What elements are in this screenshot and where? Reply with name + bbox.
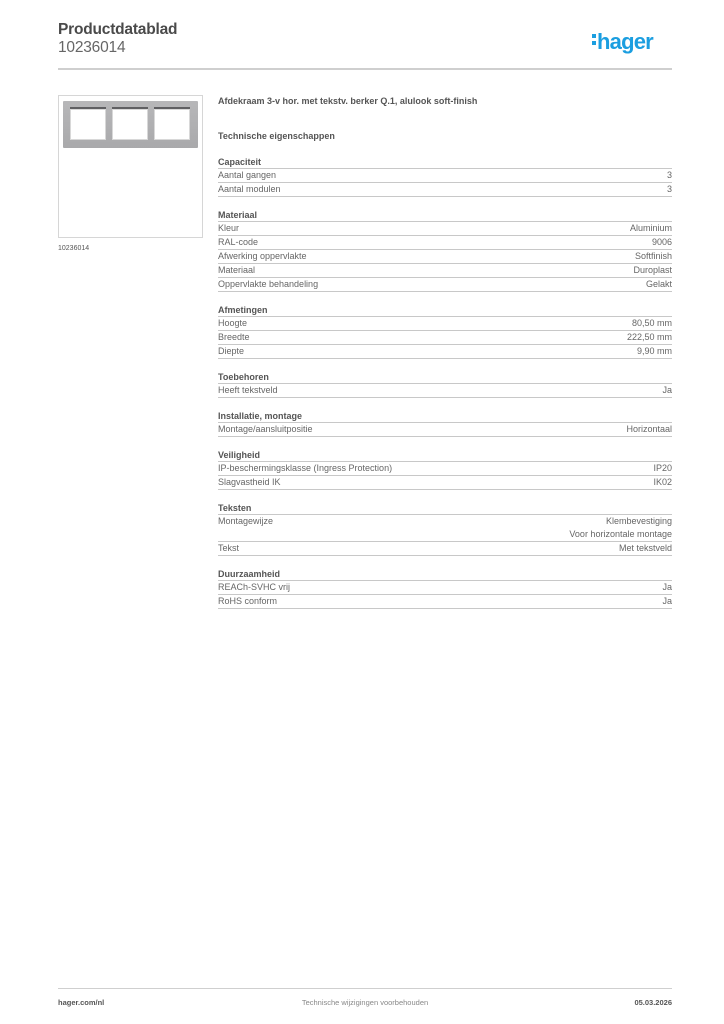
header-divider — [58, 68, 672, 70]
property-value: 80,50 mm — [632, 317, 672, 330]
property-value: 222,50 mm — [627, 331, 672, 344]
property-value-line: Ja — [662, 595, 672, 608]
frame-opening-2 — [112, 107, 148, 140]
property-label: IP-beschermingsklasse (Ingress Protectio… — [218, 462, 392, 475]
property-label: Hoogte — [218, 317, 247, 330]
property-label: Breedte — [218, 331, 250, 344]
property-label: Aantal gangen — [218, 169, 276, 182]
property-row: Montage/aansluitpositieHorizontaal — [218, 423, 672, 437]
section-veiligheid: VeiligheidIP-beschermingsklasse (Ingress… — [218, 449, 672, 490]
property-value-line: IK02 — [653, 476, 672, 489]
property-value-line: Aluminium — [630, 222, 672, 235]
document-title: Productdatablad — [58, 21, 672, 39]
footer-disclaimer: Technische wijzigingen voorbehouden — [58, 998, 672, 1008]
property-value-line: IP20 — [653, 462, 672, 475]
property-value-line: Met tekstveld — [619, 542, 672, 555]
property-value: 9006 — [652, 236, 672, 249]
property-value: IP20 — [653, 462, 672, 475]
property-value-line: Gelakt — [646, 278, 672, 291]
product-image — [58, 95, 203, 238]
footer-date: 05.03.2026 — [634, 998, 672, 1008]
property-value-line: Klembevestiging — [569, 515, 672, 528]
property-value: Horizontaal — [626, 423, 672, 436]
property-value: Softfinish — [635, 250, 672, 263]
property-value: Met tekstveld — [619, 542, 672, 555]
section-toebehoren: ToebehorenHeeft tekstveldJa — [218, 371, 672, 398]
property-value-line: Ja — [662, 581, 672, 594]
document-header: Productdatablad 10236014 — [58, 21, 672, 57]
cover-frame-illustration — [63, 101, 198, 148]
property-row: IP-beschermingsklasse (Ingress Protectio… — [218, 462, 672, 476]
property-row: Aantal modulen3 — [218, 183, 672, 197]
property-value: 9,90 mm — [637, 345, 672, 358]
property-row: Breedte222,50 mm — [218, 331, 672, 345]
property-label: Heeft tekstveld — [218, 384, 278, 397]
section-title: Installatie, montage — [218, 410, 672, 423]
property-value: 3 — [667, 183, 672, 196]
property-value: KlembevestigingVoor horizontale montage — [569, 515, 672, 541]
property-row: REACh-SVHC vrijJa — [218, 581, 672, 595]
property-label: Diepte — [218, 345, 244, 358]
frame-opening-1 — [70, 107, 106, 140]
property-value: Duroplast — [633, 264, 672, 277]
property-row: Slagvastheid IKIK02 — [218, 476, 672, 490]
properties-sections: CapaciteitAantal gangen3Aantal modulen3M… — [218, 156, 672, 609]
property-label: REACh-SVHC vrij — [218, 581, 290, 594]
property-row: RAL-code9006 — [218, 236, 672, 250]
property-label: Materiaal — [218, 264, 255, 277]
section-title: Toebehoren — [218, 371, 672, 384]
property-value: Ja — [662, 595, 672, 608]
property-row: Oppervlakte behandelingGelakt — [218, 278, 672, 292]
properties-heading: Technische eigenschappen — [218, 131, 672, 142]
property-value-line: 9,90 mm — [637, 345, 672, 358]
property-label: Afwerking oppervlakte — [218, 250, 307, 263]
section-materiaal: MateriaalKleurAluminiumRAL-code9006Afwer… — [218, 209, 672, 292]
property-value: 3 — [667, 169, 672, 182]
property-row: Diepte9,90 mm — [218, 345, 672, 359]
property-value: Aluminium — [630, 222, 672, 235]
property-value-line: Ja — [662, 384, 672, 397]
section-title: Veiligheid — [218, 449, 672, 462]
property-row: RoHS conformJa — [218, 595, 672, 609]
section-title: Afmetingen — [218, 304, 672, 317]
image-caption: 10236014 — [58, 245, 89, 252]
property-row: Hoogte80,50 mm — [218, 317, 672, 331]
section-title: Materiaal — [218, 209, 672, 222]
property-row: MontagewijzeKlembevestigingVoor horizont… — [218, 515, 672, 542]
property-value-line: 3 — [667, 169, 672, 182]
logo-colon-icon — [592, 31, 597, 48]
property-value-line: Softfinish — [635, 250, 672, 263]
property-value: Gelakt — [646, 278, 672, 291]
property-value-line: Duroplast — [633, 264, 672, 277]
property-row: Heeft tekstveldJa — [218, 384, 672, 398]
property-label: Slagvastheid IK — [218, 476, 281, 489]
footer-divider — [58, 988, 672, 989]
section-teksten: TekstenMontagewijzeKlembevestigingVoor h… — [218, 502, 672, 556]
logo-text: hager — [597, 29, 653, 54]
property-label: RoHS conform — [218, 595, 277, 608]
product-content: Afdekraam 3-v hor. met tekstv. berker Q.… — [218, 96, 672, 609]
property-value-line: 222,50 mm — [627, 331, 672, 344]
section-installatie-montage: Installatie, montageMontage/aansluitposi… — [218, 410, 672, 437]
property-row: KleurAluminium — [218, 222, 672, 236]
section-title: Teksten — [218, 502, 672, 515]
property-value: IK02 — [653, 476, 672, 489]
property-value-line: 80,50 mm — [632, 317, 672, 330]
section-duurzaamheid: DuurzaamheidREACh-SVHC vrijJaRoHS confor… — [218, 568, 672, 609]
section-title: Capaciteit — [218, 156, 672, 169]
property-row: MateriaalDuroplast — [218, 264, 672, 278]
property-label: RAL-code — [218, 236, 258, 249]
property-value: Ja — [662, 384, 672, 397]
property-row: Afwerking oppervlakteSoftfinish — [218, 250, 672, 264]
property-value-line: Horizontaal — [626, 423, 672, 436]
property-value-line: 9006 — [652, 236, 672, 249]
section-title: Duurzaamheid — [218, 568, 672, 581]
property-label: Montagewijze — [218, 515, 273, 528]
frame-opening-3 — [154, 107, 190, 140]
property-label: Tekst — [218, 542, 239, 555]
property-label: Oppervlakte behandeling — [218, 278, 318, 291]
property-row: Aantal gangen3 — [218, 169, 672, 183]
section-afmetingen: AfmetingenHoogte80,50 mmBreedte222,50 mm… — [218, 304, 672, 359]
property-value-line: Voor horizontale montage — [569, 528, 672, 541]
property-label: Montage/aansluitpositie — [218, 423, 313, 436]
property-value-line: 3 — [667, 183, 672, 196]
property-row: TekstMet tekstveld — [218, 542, 672, 556]
property-label: Aantal modulen — [218, 183, 281, 196]
property-value: Ja — [662, 581, 672, 594]
product-number: 10236014 — [58, 39, 672, 57]
hager-logo: hager — [592, 30, 653, 54]
section-capaciteit: CapaciteitAantal gangen3Aantal modulen3 — [218, 156, 672, 197]
property-label: Kleur — [218, 222, 239, 235]
product-title: Afdekraam 3-v hor. met tekstv. berker Q.… — [218, 96, 672, 107]
